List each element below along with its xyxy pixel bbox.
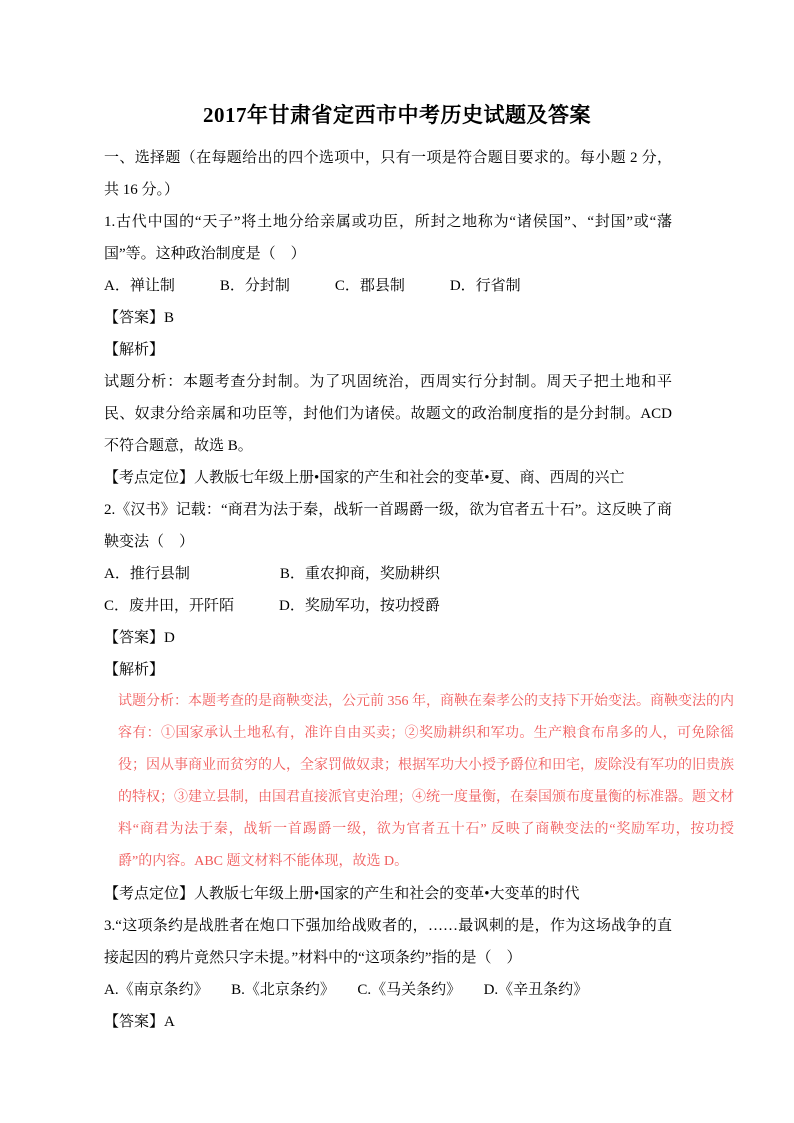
question-1: 1.古代中国的“天子”将土地分给亲属或功臣，所封之地称为“诸侯国”、“封国”或“… (104, 206, 672, 494)
question-1-options: A．禅让制 B．分封制 C．郡县制 D．行省制 (104, 270, 672, 302)
question-2-exam-point: 【考点定位】人教版七年级上册•国家的产生和社会的变革•大变革的时代 (104, 878, 672, 910)
exam-title: 2017年甘肃省定西市中考历史试题及答案 (104, 100, 690, 130)
question-2-options-line-2: C．废井田，开阡陌 D．奖励军功，按功授爵 (104, 590, 672, 622)
question-3-answer: 【答案】A (104, 1006, 672, 1038)
question-2-stem: 2.《汉书》记载：“商君为法于秦，战斩一首踢爵一级，欲为官者五十石”。这反映了商… (104, 494, 672, 558)
question-2-analysis-label: 【解析】 (104, 654, 672, 686)
question-1-analysis: 试题分析：本题考查分封制。为了巩固统治，西周实行分封制。周天子把土地和平民、奴隶… (104, 366, 672, 462)
question-2-analysis: 试题分析：本题考查的是商鞅变法，公元前 356 年，商鞅在秦孝公的支持下开始变法… (118, 686, 734, 878)
question-1-analysis-label: 【解析】 (104, 334, 672, 366)
question-3-options: A.《南京条约》 B.《北京条约》 C.《马关条约》 D.《辛丑条约》 (104, 974, 672, 1006)
question-2: 2.《汉书》记载：“商君为法于秦，战斩一首踢爵一级，欲为官者五十石”。这反映了商… (104, 494, 672, 910)
question-2-answer: 【答案】D (104, 622, 672, 654)
question-3-stem: 3.“这项条约是战胜者在炮口下强加给战败者的，……最讽刺的是，作为这场战争的直接… (104, 910, 672, 974)
question-2-options-line-1: A．推行县制 B．重农抑商，奖励耕织 (104, 558, 672, 590)
exam-document-page: 2017年甘肃省定西市中考历史试题及答案 一、选择题（在每题给出的四个选项中，只… (0, 0, 794, 1123)
question-1-stem: 1.古代中国的“天子”将土地分给亲属或功臣，所封之地称为“诸侯国”、“封国”或“… (104, 206, 672, 270)
question-3: 3.“这项条约是战胜者在炮口下强加给战败者的，……最讽刺的是，作为这场战争的直接… (104, 910, 672, 1038)
section-heading: 一、选择题（在每题给出的四个选项中，只有一项是符合题目要求的。每小题 2 分，共… (104, 142, 672, 206)
question-1-exam-point: 【考点定位】人教版七年级上册•国家的产生和社会的变革•夏、商、西周的兴亡 (104, 462, 672, 494)
question-1-answer: 【答案】B (104, 302, 672, 334)
